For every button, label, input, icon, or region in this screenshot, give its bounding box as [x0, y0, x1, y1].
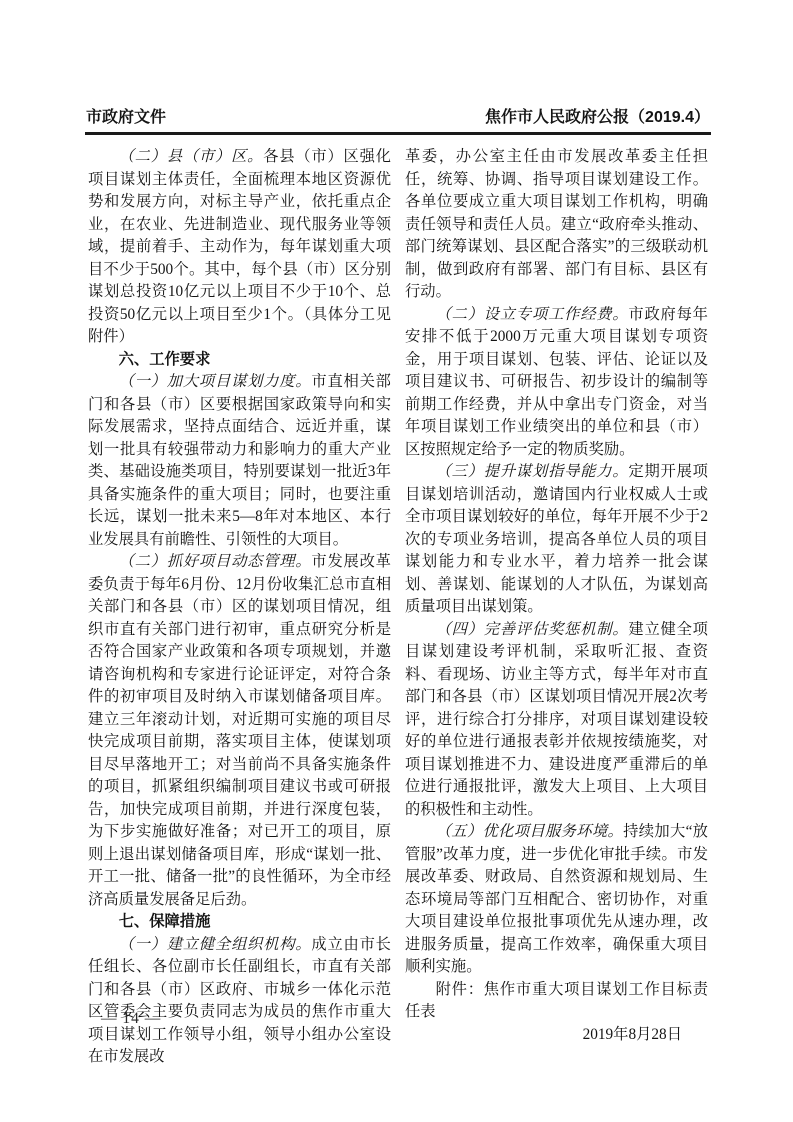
- page-header: 市政府文件 焦作市人民政府公报（2019.4）: [86, 108, 710, 128]
- paragraph-text: 成立由市长任组长、各位副市长任副组长，市直有关部门和各县（市）区政府、市城乡一体…: [88, 936, 391, 1066]
- right-column: 革委，办公室主任由市发展改革委主任担任，统筹、协调、指导项目谋划建设工作。各单位…: [405, 146, 708, 1069]
- paragraph-text: 定期开展项目谋划培训活动，邀请国内行业权威人士或全市项目谋划较好的单位，每年开展…: [405, 463, 708, 615]
- paragraph-county-duty: （二）县（市）区。各县（市）区强化项目谋划主体责任，全面梳理本地区资源优势和发展…: [88, 146, 391, 349]
- paragraph-guarantee-2: （二）设立专项工作经费。市政府每年安排不低于2000万元重大项目谋划专项资金，用…: [405, 304, 708, 462]
- paragraph-guarantee-1-continued: 革委，办公室主任由市发展改革委主任担任，统筹、协调、指导项目谋划建设工作。各单位…: [405, 146, 708, 304]
- attachment-note: 附件：焦作市重大项目谋划工作目标责任表: [405, 979, 708, 1024]
- paragraph-lead: （二）县（市）区。: [119, 148, 264, 165]
- page-number: — 14 —: [101, 1010, 161, 1028]
- header-right-title: 焦作市人民政府公报（2019.4）: [485, 108, 710, 128]
- header-divider-rule: [85, 132, 711, 135]
- paragraph-lead: （一）加大项目谋划力度。: [119, 373, 312, 390]
- paragraph-lead: （四）完善评估奖惩机制。: [436, 621, 629, 638]
- paragraph-work-2: （二）抓好项目动态管理。市发展改革委负责于每年6月份、12月份收集汇总市直相关部…: [88, 551, 391, 911]
- paragraph-text: 持续加大“放管服”改革力度，进一步优化审批手续。市发展改革委、财政局、自然资源和…: [405, 823, 708, 975]
- paragraph-text: 市直相关部门和各县（市）区要根据国家政策导向和实际发展需求，坚持点面结合、远近并…: [88, 373, 391, 548]
- paragraph-text: 市发展改革委负责于每年6月份、12月份收集汇总市直相关部门和各县（市）区的谋划项…: [88, 553, 391, 908]
- paragraph-lead: （一）建立健全组织机构。: [119, 936, 312, 953]
- paragraph-lead: （三）提升谋划指导能力。: [436, 463, 629, 480]
- heading-work-requirements: 六、工作要求: [88, 349, 391, 372]
- paragraph-lead: （五）优化项目服务环境。: [436, 823, 623, 840]
- paragraph-guarantee-4: （四）完善评估奖惩机制。建立健全项目谋划建设考评机制，采取听汇报、查资料、看现场…: [405, 619, 708, 822]
- paragraph-text: 市政府每年安排不低于2000万元重大项目谋划专项资金，用于项目谋划、包装、评估、…: [405, 306, 708, 458]
- paragraph-lead: （二）抓好项目动态管理。: [119, 553, 312, 570]
- paragraph-text: 建立健全项目谋划建设考评机制，采取听汇报、查资料、看现场、访业主等方式，每半年对…: [405, 621, 708, 818]
- paragraph-guarantee-5: （五）优化项目服务环境。持续加大“放管服”改革力度，进一步优化审批手续。市发展改…: [405, 821, 708, 979]
- document-body: （二）县（市）区。各县（市）区强化项目谋划主体责任，全面梳理本地区资源优势和发展…: [88, 146, 708, 1069]
- paragraph-lead: （二）设立专项工作经费。: [436, 306, 629, 323]
- paragraph-guarantee-3: （三）提升谋划指导能力。定期开展项目谋划培训活动，邀请国内行业权威人士或全市项目…: [405, 461, 708, 619]
- left-column: （二）县（市）区。各县（市）区强化项目谋划主体责任，全面梳理本地区资源优势和发展…: [88, 146, 391, 1069]
- document-date: 2019年8月28日: [405, 1024, 708, 1047]
- header-left-title: 市政府文件: [86, 108, 166, 128]
- paragraph-text: 各县（市）区强化项目谋划主体责任，全面梳理本地区资源优势和发展方向，对标主导产业…: [88, 148, 391, 345]
- paragraph-guarantee-1: （一）建立健全组织机构。成立由市长任组长、各位副市长任副组长，市直有关部门和各县…: [88, 934, 391, 1069]
- paragraph-work-1: （一）加大项目谋划力度。市直相关部门和各县（市）区要根据国家政策导向和实际发展需…: [88, 371, 391, 551]
- gazette-document-page: 市政府文件 焦作市人民政府公报（2019.4） （二）县（市）区。各县（市）区强…: [0, 0, 793, 1122]
- heading-guarantee-measures: 七、保障措施: [88, 911, 391, 934]
